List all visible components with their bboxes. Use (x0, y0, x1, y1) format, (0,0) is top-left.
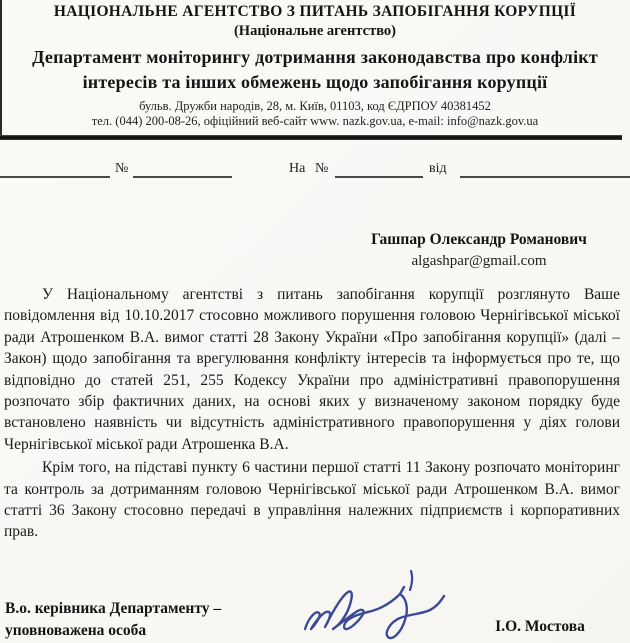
reply-number-label: № (315, 161, 328, 177)
reply-number-blank-line (335, 176, 423, 178)
org-name-heading: НАЦІОНАЛЬНЕ АГЕНТСТВО З ПИТАНЬ ЗАПОБІГАН… (0, 3, 630, 21)
header-divider-rule (0, 135, 622, 140)
reply-date-label: від (429, 161, 447, 177)
signer-title: В.о. керівника Департаменту – уповноваже… (5, 598, 221, 642)
department-heading-line1: Департамент моніторингу дотримання закон… (0, 47, 630, 68)
outgoing-date-blank-line (0, 176, 110, 178)
org-contacts: тел. (044) 200-08-26, офіційний веб-сайт… (0, 114, 630, 129)
outgoing-number-blank-line (133, 176, 232, 178)
scanned-letter-page: НАЦІОНАЛЬНЕ АГЕНТСТВО З ПИТАНЬ ЗАПОБІГАН… (0, 0, 630, 643)
reply-date-blank-line (460, 176, 630, 178)
recipient-name: Гашпар Олександр Романович (346, 231, 612, 249)
org-short-name: (Національне агентство) (0, 23, 630, 40)
signer-title-line2: уповноважена особа (5, 620, 221, 642)
body-paragraph-2: Крім того, на підставі пункту 6 частини … (4, 457, 620, 543)
signature-ink (283, 567, 475, 643)
signer-title-line1: В.о. керівника Департаменту – (5, 598, 221, 620)
department-heading-line2: інтересів та інших обмежень щодо запобіг… (0, 72, 630, 93)
recipient-email: algashpar@gmail.com (346, 253, 612, 270)
reply-to-label: На (289, 161, 305, 177)
org-address: бульв. Дружби народів, 28, м. Київ, 0110… (0, 99, 630, 114)
body-paragraph-1: У Національному агентстві з питань запоб… (4, 284, 620, 455)
signer-name: І.О. Мостова (470, 618, 610, 636)
outgoing-number-label: № (115, 161, 128, 177)
letter-body: У Національному агентстві з питань запоб… (4, 284, 620, 543)
recipient-block: Гашпар Олександр Романович algashpar@gma… (346, 231, 612, 270)
